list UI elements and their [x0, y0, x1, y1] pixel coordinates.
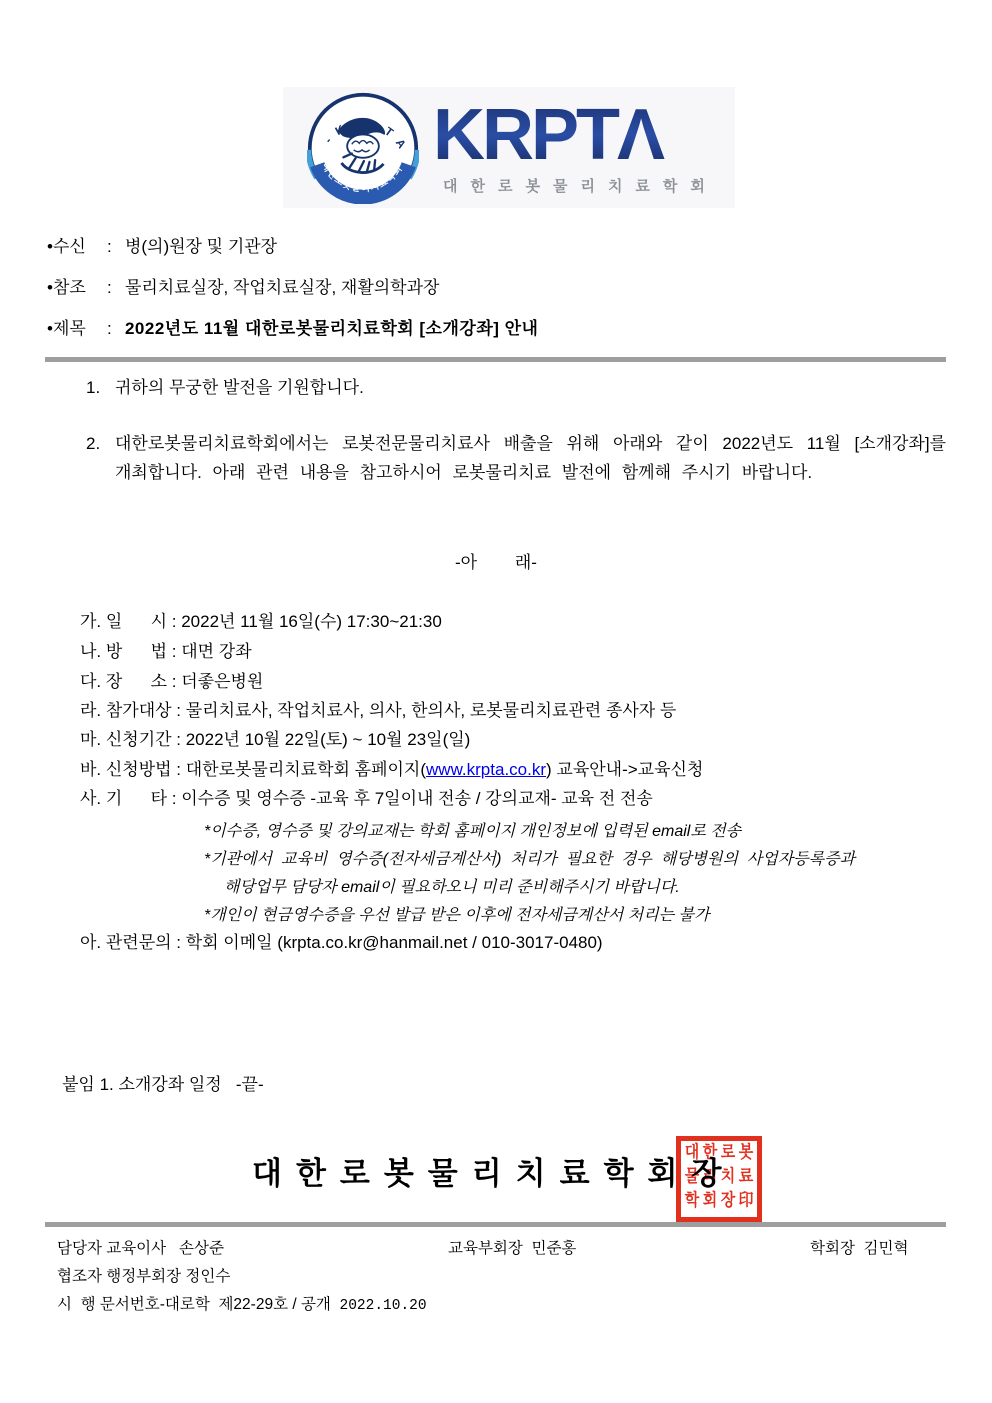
- detail-participants: 라. 참가대상 : 물리치료사, 작업치료사, 의사, 한의사, 로봇물리치료관…: [80, 696, 676, 721]
- recipient-line: •수신:병(의)원장 및 기관장: [47, 232, 277, 257]
- separator: :: [107, 278, 125, 298]
- detail-apply-period: 마. 신청기간 : 2022년 10월 22일(토) ~ 10월 23일(일): [80, 725, 470, 750]
- doc-date: 2022.10.20: [340, 1298, 427, 1314]
- bottom-divider: [45, 1222, 946, 1227]
- wordmark-text: KRPTΛ: [435, 95, 665, 175]
- krpta-logo-block: - K R P T A - 대한로봇물리치료학회 KRPTΛ 대한로봇물리치료학…: [283, 87, 735, 208]
- footer-document-number: 시 행 문서번호-대로학 제22-29호 / 공개 2022.10.20: [57, 1292, 427, 1314]
- signature-title: 대한로봇물리치료학회장: [252, 1148, 735, 1193]
- recipient-value: 병(의)원장 및 기관장: [125, 237, 277, 256]
- stamp-char: 학: [683, 1189, 701, 1217]
- detail-etc: 사. 기 타 : 이수증 및 영수증 -교육 후 7일이내 전송 / 강의교재-…: [80, 784, 653, 809]
- footer-manager: 담당자 교육이사 손상준: [57, 1236, 224, 1258]
- top-divider: [45, 357, 946, 362]
- stamp-char: 印: [737, 1189, 755, 1217]
- detail-place: 다. 장 소 : 더좋은병원: [80, 667, 263, 692]
- stamp-char: 장: [719, 1189, 737, 1217]
- krpta-emblem-icon: - K R P T A - 대한로봇물리치료학회: [307, 92, 419, 204]
- detail-method: 나. 방 법 : 대면 강좌: [80, 637, 252, 662]
- separator: :: [107, 319, 125, 339]
- subject-label: 제목: [53, 314, 107, 339]
- detail-date-time: 가. 일 시 : 2022년 11월 16일(수) 17:30~21:30: [80, 607, 442, 632]
- detail-contact: 아. 관련문의 : 학회 이메일 (krpta.co.kr@hanmail.ne…: [80, 928, 603, 953]
- paragraph-1-text: 귀하의 무궁한 발전을 기원합니다.: [115, 373, 364, 402]
- krpta-website-link[interactable]: www.krpta.co.kr: [426, 760, 546, 779]
- footer-president: 학회장 김민혁: [810, 1236, 908, 1258]
- footer-cooperator: 협조자 행정부회장 정인수: [57, 1264, 230, 1286]
- wordmark-subtitle: 대한로봇물리치료학회: [443, 175, 718, 196]
- apply-method-prefix: 바. 신청방법 : 대한로봇물리치료학회 홈페이지(: [80, 760, 426, 779]
- subject-value: 2022년도 11월 대한로봇물리치료학회 [소개강좌] 안내: [125, 319, 539, 338]
- cc-line: •참조:물리치료실장, 작업치료실장, 재활의학과장: [47, 273, 439, 298]
- paragraph-1: 1. 귀하의 무궁한 발전을 기원합니다.: [86, 373, 364, 402]
- footer-vice-president-edu: 교육부회장 민준홍: [448, 1236, 576, 1258]
- note-email-delivery: *이수증, 영수증 및 강의교재는 학회 홈페이지 개인정보에 입력된 emai…: [204, 818, 741, 841]
- recipient-label: 수신: [53, 232, 107, 257]
- doc-number-label: 시 행 문서번호-대로학 제22-29호 / 공개: [57, 1296, 340, 1313]
- cc-value: 물리치료실장, 작업치료실장, 재활의학과장: [125, 278, 440, 297]
- paragraph-2: 2. 대한로봇물리치료학회에서는 로봇전문물리치료사 배출을 위해 아래와 같이…: [86, 429, 946, 487]
- paragraph-2-number: 2.: [86, 429, 115, 487]
- note-cash-receipt: *개인이 현금영수증을 우선 발급 받은 이후에 전자세금계산서 처리는 불가: [204, 902, 709, 925]
- note-tax-invoice-1: *기관에서 교육비 영수증(전자세금계산서) 처리가 필요한 경우 해당병원의 …: [204, 846, 855, 869]
- apply-method-suffix: ) 교육안내->교육신청: [546, 760, 703, 779]
- krpta-wordmark: KRPTΛ: [435, 93, 735, 175]
- note-tax-invoice-2: 해당업무 담당자 email이 필요하오니 미리 준비해주시기 바랍니다.: [224, 874, 680, 897]
- below-marker: -아 래-: [0, 548, 992, 573]
- paragraph-2-text: 대한로봇물리치료학회에서는 로봇전문물리치료사 배출을 위해 아래와 같이 20…: [115, 429, 946, 487]
- attachment-line: 붙임 1. 소개강좌 일정 -끝-: [62, 1070, 264, 1095]
- subject-line: •제목:2022년도 11월 대한로봇물리치료학회 [소개강좌] 안내: [47, 314, 538, 339]
- paragraph-1-number: 1.: [86, 373, 115, 402]
- stamp-char: 회: [701, 1189, 719, 1217]
- separator: :: [107, 237, 125, 257]
- cc-label: 참조: [53, 273, 107, 298]
- document-page: - K R P T A - 대한로봇물리치료학회 KRPTΛ 대한로봇물리치료학…: [0, 0, 992, 1403]
- detail-apply-method: 바. 신청방법 : 대한로봇물리치료학회 홈페이지(www.krpta.co.k…: [80, 755, 703, 780]
